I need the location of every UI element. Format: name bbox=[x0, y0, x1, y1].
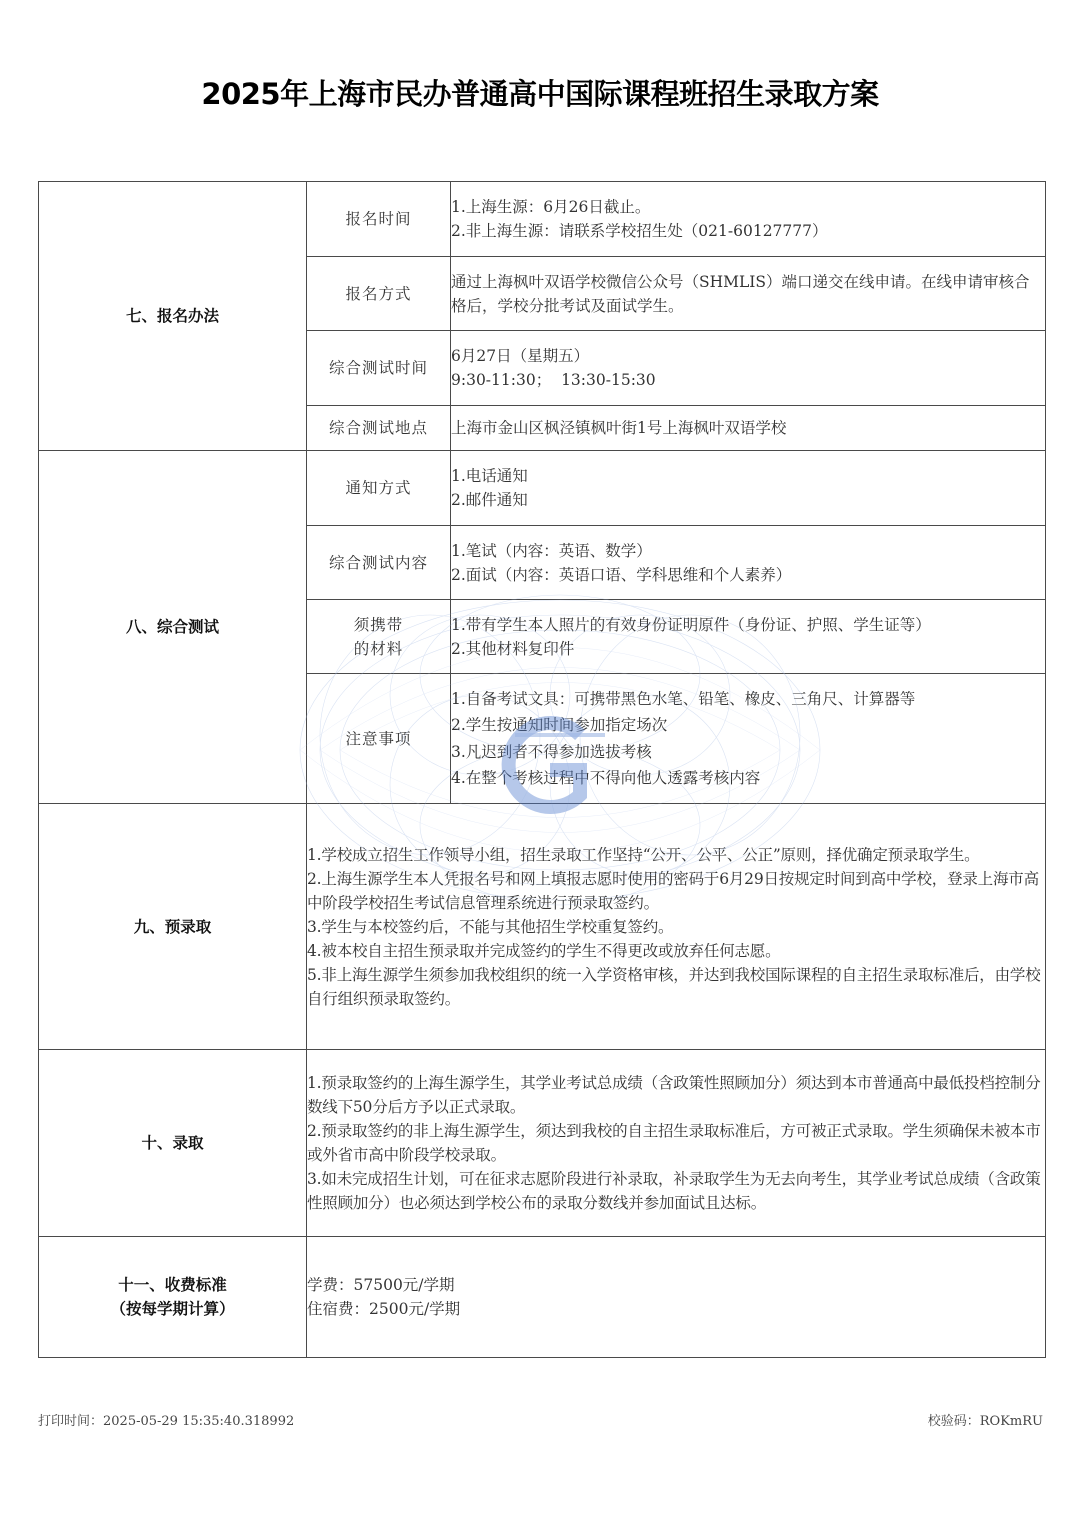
section-content: 学费：57500元/学期 住宿费：2500元/学期 bbox=[307, 1237, 1046, 1358]
list-item: 1.学校成立招生工作领导小组，招生录取工作坚持“公开、公平、公正”原则，择优确定… bbox=[307, 843, 1045, 867]
value-line: 通过上海枫叶双语学校微信公众号（SHMLIS）端口递交在线申请。在线申请审核合格… bbox=[451, 270, 1045, 318]
fee-item: 住宿费：2500元/学期 bbox=[307, 1297, 1045, 1321]
row-value: 1.自备考试文具：可携带黑色水笔、铅笔、橡皮、三角尺、计算器等 2.学生按通知时… bbox=[451, 674, 1046, 804]
row-value: 上海市金山区枫泾镇枫叶街1号上海枫叶双语学校 bbox=[451, 406, 1046, 451]
row-label: 通知方式 bbox=[307, 451, 451, 526]
heading-line: 十一、收费标准 bbox=[39, 1273, 306, 1297]
value-line: 上海市金山区枫泾镇枫叶街1号上海枫叶双语学校 bbox=[451, 416, 1045, 440]
value-line: 1.笔试（内容：英语、数学） bbox=[451, 539, 1045, 563]
table-row: 九、预录取 1.学校成立招生工作领导小组，招生录取工作坚持“公开、公平、公正”原… bbox=[39, 804, 1046, 1050]
section-heading-pre-admission: 九、预录取 bbox=[39, 804, 307, 1050]
list-item: 3.学生与本校签约后，不能与其他招生学校重复签约。 bbox=[307, 915, 1045, 939]
table-row: 八、综合测试 通知方式 1.电话通知 2.邮件通知 bbox=[39, 451, 1046, 526]
value-line: 2.非上海生源：请联系学校招生处（021-60127777） bbox=[451, 219, 1045, 243]
table-row: 十、录取 1.预录取签约的上海生源学生，其学业考试总成绩（含政策性照顾加分）须达… bbox=[39, 1050, 1046, 1237]
row-label: 须携带 的材料 bbox=[307, 600, 451, 674]
row-label: 综合测试内容 bbox=[307, 526, 451, 600]
value-line: 2.邮件通知 bbox=[451, 488, 1045, 512]
print-time: 打印时间：2025-05-29 15:35:40.318992 bbox=[38, 1410, 294, 1429]
label-line: 须携带 bbox=[307, 613, 450, 637]
value-line: 2.学生按通知时间参加指定场次 bbox=[451, 712, 1045, 739]
section-heading-comprehensive-test: 八、综合测试 bbox=[39, 451, 307, 804]
value-line: 4.在整个考核过程中不得向他人透露考核内容 bbox=[451, 765, 1045, 792]
value-line: 3.凡迟到者不得参加选拔考核 bbox=[451, 739, 1045, 766]
row-label: 报名时间 bbox=[307, 182, 451, 257]
value-line: 6月27日（星期五） bbox=[451, 344, 1045, 368]
table-row: 七、报名办法 报名时间 1.上海生源：6月26日截止。 2.非上海生源：请联系学… bbox=[39, 182, 1046, 257]
value-line: 2.面试（内容：英语口语、学科思维和个人素养） bbox=[451, 563, 1045, 587]
section-heading-registration: 七、报名办法 bbox=[39, 182, 307, 451]
section-content: 1.学校成立招生工作领导小组，招生录取工作坚持“公开、公平、公正”原则，择优确定… bbox=[307, 804, 1046, 1050]
row-value: 1.上海生源：6月26日截止。 2.非上海生源：请联系学校招生处（021-601… bbox=[451, 182, 1046, 257]
list-item: 1.预录取签约的上海生源学生，其学业考试总成绩（含政策性照顾加分）须达到本市普通… bbox=[307, 1071, 1045, 1119]
row-value: 6月27日（星期五） 9:30-11:30； 13:30-15:30 bbox=[451, 331, 1046, 406]
value-line: 1.电话通知 bbox=[451, 464, 1045, 488]
row-value: 1.笔试（内容：英语、数学） 2.面试（内容：英语口语、学科思维和个人素养） bbox=[451, 526, 1046, 600]
admission-table: 七、报名办法 报名时间 1.上海生源：6月26日截止。 2.非上海生源：请联系学… bbox=[38, 181, 1046, 1358]
list-item: 4.被本校自主招生预录取并完成签约的学生不得更改或放弃任何志愿。 bbox=[307, 939, 1045, 963]
list-item: 2.上海生源学生本人凭报名号和网上填报志愿时使用的密码于6月29日按规定时间到高… bbox=[307, 867, 1045, 915]
check-code: 校验码：ROKmRU bbox=[928, 1410, 1043, 1429]
list-item: 3.如未完成招生计划，可在征求志愿阶段进行补录取，补录取学生为无去向考生，其学业… bbox=[307, 1167, 1045, 1215]
section-heading-fees: 十一、收费标准 （按每学期计算） bbox=[39, 1237, 307, 1358]
value-line: 9:30-11:30； 13:30-15:30 bbox=[451, 368, 1045, 392]
section-content: 1.预录取签约的上海生源学生，其学业考试总成绩（含政策性照顾加分）须达到本市普通… bbox=[307, 1050, 1046, 1237]
table-row: 十一、收费标准 （按每学期计算） 学费：57500元/学期 住宿费：2500元/… bbox=[39, 1237, 1046, 1358]
section-heading-admission: 十、录取 bbox=[39, 1050, 307, 1237]
row-label: 综合测试地点 bbox=[307, 406, 451, 451]
list-item: 2.预录取签约的非上海生源学生，须达到我校的自主招生录取标准后，方可被正式录取。… bbox=[307, 1119, 1045, 1167]
row-value: 1.带有学生本人照片的有效身份证明原件（身份证、护照、学生证等） 2.其他材料复… bbox=[451, 600, 1046, 674]
value-line: 1.自备考试文具：可携带黑色水笔、铅笔、橡皮、三角尺、计算器等 bbox=[451, 686, 1045, 713]
value-line: 1.带有学生本人照片的有效身份证明原件（身份证、护照、学生证等） bbox=[451, 613, 1045, 637]
row-label: 注意事项 bbox=[307, 674, 451, 804]
page-title: 2025年上海市民办普通高中国际课程班招生录取方案 bbox=[0, 72, 1080, 113]
row-value: 通过上海枫叶双语学校微信公众号（SHMLIS）端口递交在线申请。在线申请审核合格… bbox=[451, 257, 1046, 331]
heading-line: （按每学期计算） bbox=[39, 1297, 306, 1321]
value-line: 2.其他材料复印件 bbox=[451, 637, 1045, 661]
row-label: 综合测试时间 bbox=[307, 331, 451, 406]
row-value: 1.电话通知 2.邮件通知 bbox=[451, 451, 1046, 526]
value-line: 1.上海生源：6月26日截止。 bbox=[451, 195, 1045, 219]
label-line: 的材料 bbox=[307, 637, 450, 661]
list-item: 5.非上海生源学生须参加我校组织的统一入学资格审核，并达到我校国际课程的自主招生… bbox=[307, 963, 1045, 1011]
fee-item: 学费：57500元/学期 bbox=[307, 1273, 1045, 1297]
row-label: 报名方式 bbox=[307, 257, 451, 331]
